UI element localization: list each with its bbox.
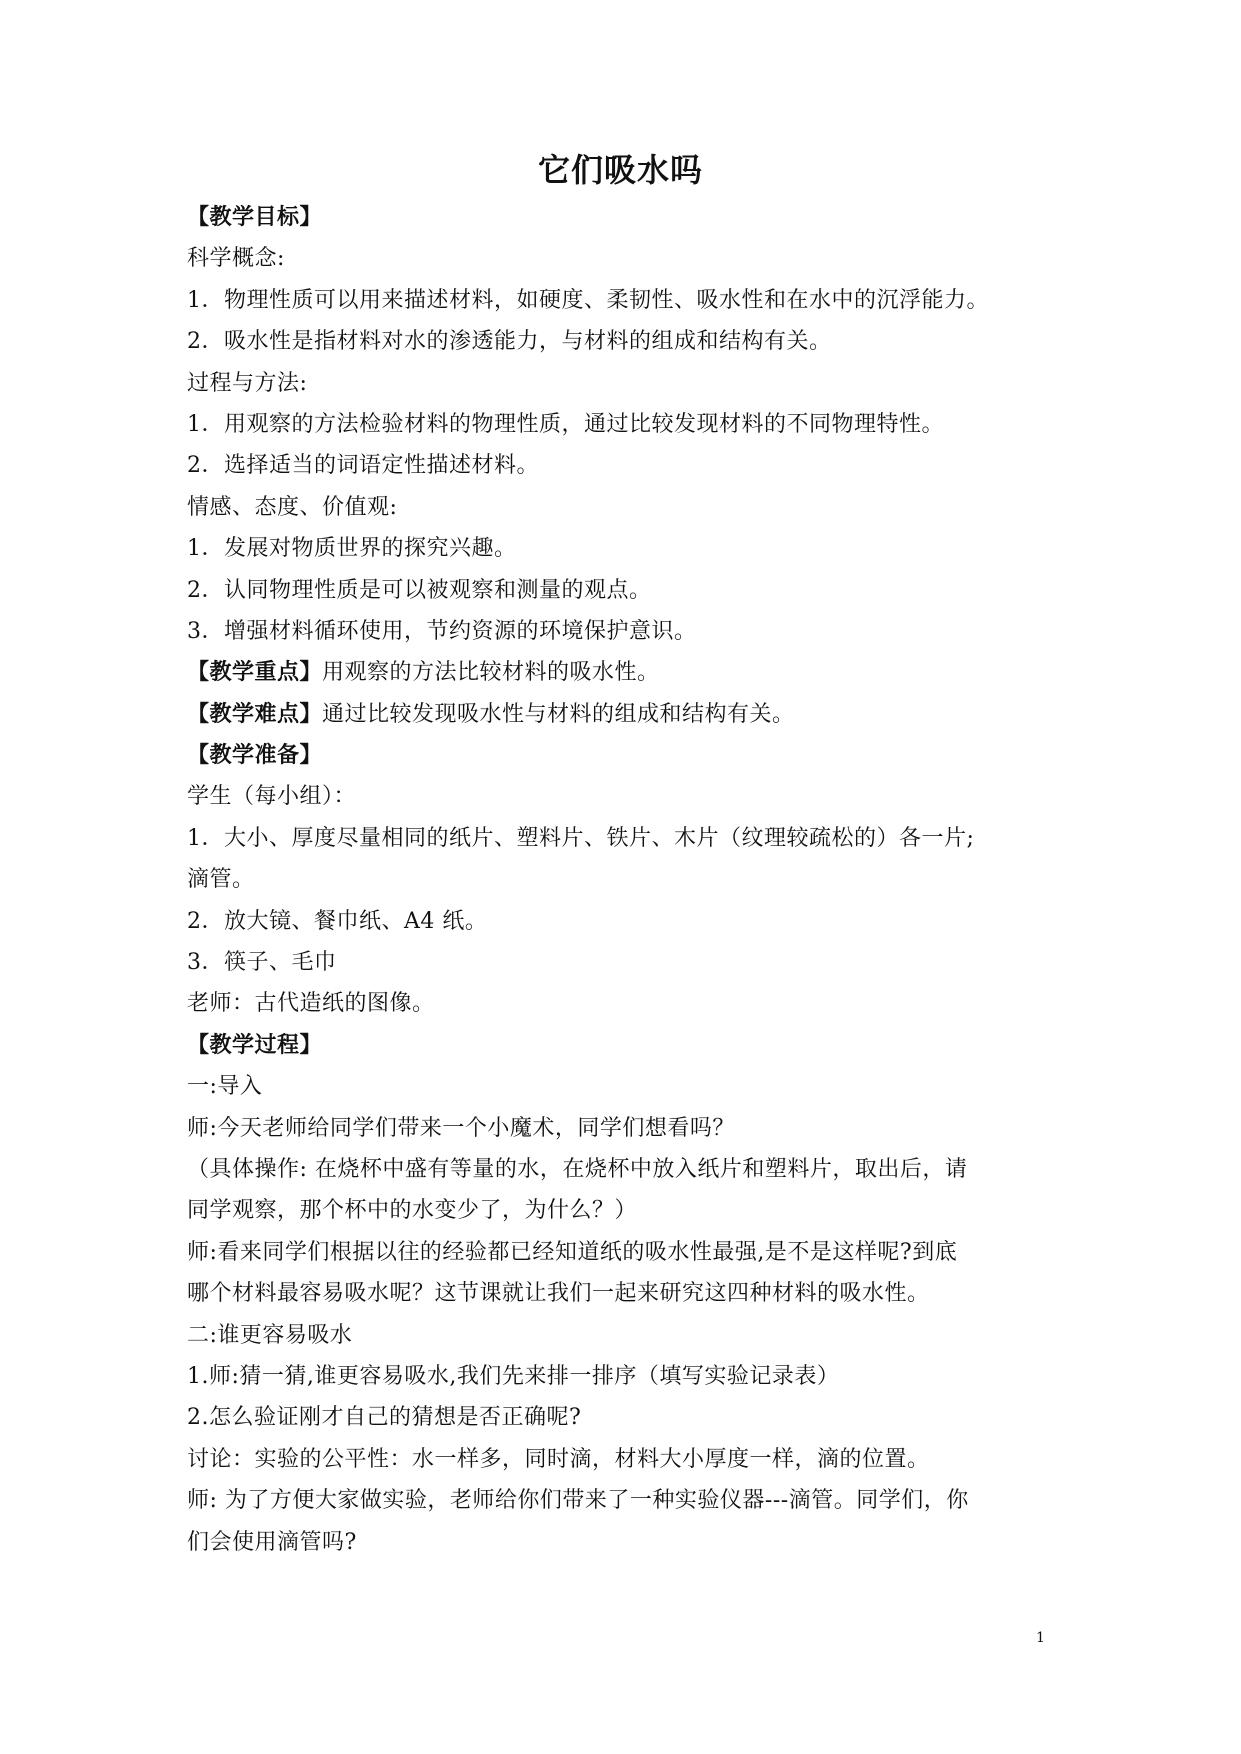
section-heading-process: 【教学过程】 — [187, 1025, 1067, 1066]
attitude-item: 1．发展对物质世界的探究兴趣。 — [187, 528, 1067, 569]
subsection-label-concepts: 科学概念: — [187, 238, 1067, 279]
difficulty-text: 通过比较发现吸水性与材料的组成和结构有关。 — [322, 702, 795, 727]
student-item: 滴管。 — [187, 859, 1067, 900]
process-item: 2．选择适当的词语定性描述材料。 — [187, 445, 1067, 486]
lesson-line: 哪个材料最容易吸水呢？这节课就让我们一起来研究这四种材料的吸水性。 — [187, 1273, 1067, 1314]
lesson-line: 师: 为了方便大家做实验，老师给你们带来了一种实验仪器---滴管。同学们，你 — [187, 1480, 1067, 1521]
teacher-item: 老师：古代造纸的图像。 — [187, 983, 1067, 1024]
lesson-line: 讨论：实验的公平性：水一样多，同时滴，材料大小厚度一样，滴的位置。 — [187, 1439, 1067, 1480]
process-item: 1．用观察的方法检验材料的物理性质，通过比较发现材料的不同物理特性。 — [187, 404, 1067, 445]
student-item: 2．放大镜、餐巾纸、A4 纸。 — [187, 901, 1067, 942]
section-heading-difficulty: 【教学难点】 — [187, 702, 322, 727]
key-point-text: 用观察的方法比较材料的吸水性。 — [322, 660, 660, 685]
subsection-label-attitude: 情感、态度、价值观: — [187, 487, 1067, 528]
lesson-line: 师:看来同学们根据以往的经验都已经知道纸的吸水性最强,是不是这样呢?到底 — [187, 1232, 1067, 1273]
student-item: 1．大小、厚度尽量相同的纸片、塑料片、铁片、木片（纹理较疏松的）各一片; — [187, 818, 1067, 859]
student-item: 3．筷子、毛巾 — [187, 942, 1067, 983]
lesson-line: 同学观察，那个杯中的水变少了，为什么？） — [187, 1190, 1067, 1231]
key-point-line: 【教学重点】用观察的方法比较材料的吸水性。 — [187, 652, 1067, 693]
lesson-line: 们会使用滴管吗? — [187, 1522, 1067, 1563]
attitude-item: 2．认同物理性质是可以被观察和测量的观点。 — [187, 570, 1067, 611]
section-heading-preparation: 【教学准备】 — [187, 735, 1067, 776]
concept-item: 2．吸水性是指材料对水的渗透能力，与材料的组成和结构有关。 — [187, 321, 1067, 362]
section-heading-key-point: 【教学重点】 — [187, 660, 322, 685]
concept-item: 1．物理性质可以用来描述材料，如硬度、柔韧性、吸水性和在水中的沉浮能力。 — [187, 280, 1067, 321]
page-number: 1 — [1036, 1630, 1045, 1646]
lesson-line: 2.怎么验证刚才自己的猜想是否正确呢? — [187, 1397, 1067, 1438]
section-heading-objectives: 【教学目标】 — [187, 197, 1067, 238]
students-label: 学生（每小组）： — [187, 776, 1067, 817]
attitude-item: 3．增强材料循环使用，节约资源的环境保护意识。 — [187, 611, 1067, 652]
document-page: 它们吸水吗 【教学目标】 科学概念: 1．物理性质可以用来描述材料，如硬度、柔韧… — [0, 0, 1241, 1754]
lesson-line: 二:谁更容易吸水 — [187, 1315, 1067, 1356]
difficulty-line: 【教学难点】通过比较发现吸水性与材料的组成和结构有关。 — [187, 694, 1067, 735]
lesson-line: 师:今天老师给同学们带来一个小魔术，同学们想看吗？ — [187, 1108, 1067, 1149]
lesson-line: 一:导入 — [187, 1066, 1067, 1107]
document-body: 【教学目标】 科学概念: 1．物理性质可以用来描述材料，如硬度、柔韧性、吸水性和… — [187, 197, 1067, 1563]
lesson-line: （具体操作: 在烧杯中盛有等量的水，在烧杯中放入纸片和塑料片，取出后，请 — [187, 1149, 1067, 1190]
subsection-label-process: 过程与方法: — [187, 363, 1067, 404]
lesson-line: 1.师:猜一猜,谁更容易吸水,我们先来排一排序（填写实验记录表） — [187, 1356, 1067, 1397]
document-title: 它们吸水吗 — [0, 148, 1241, 192]
